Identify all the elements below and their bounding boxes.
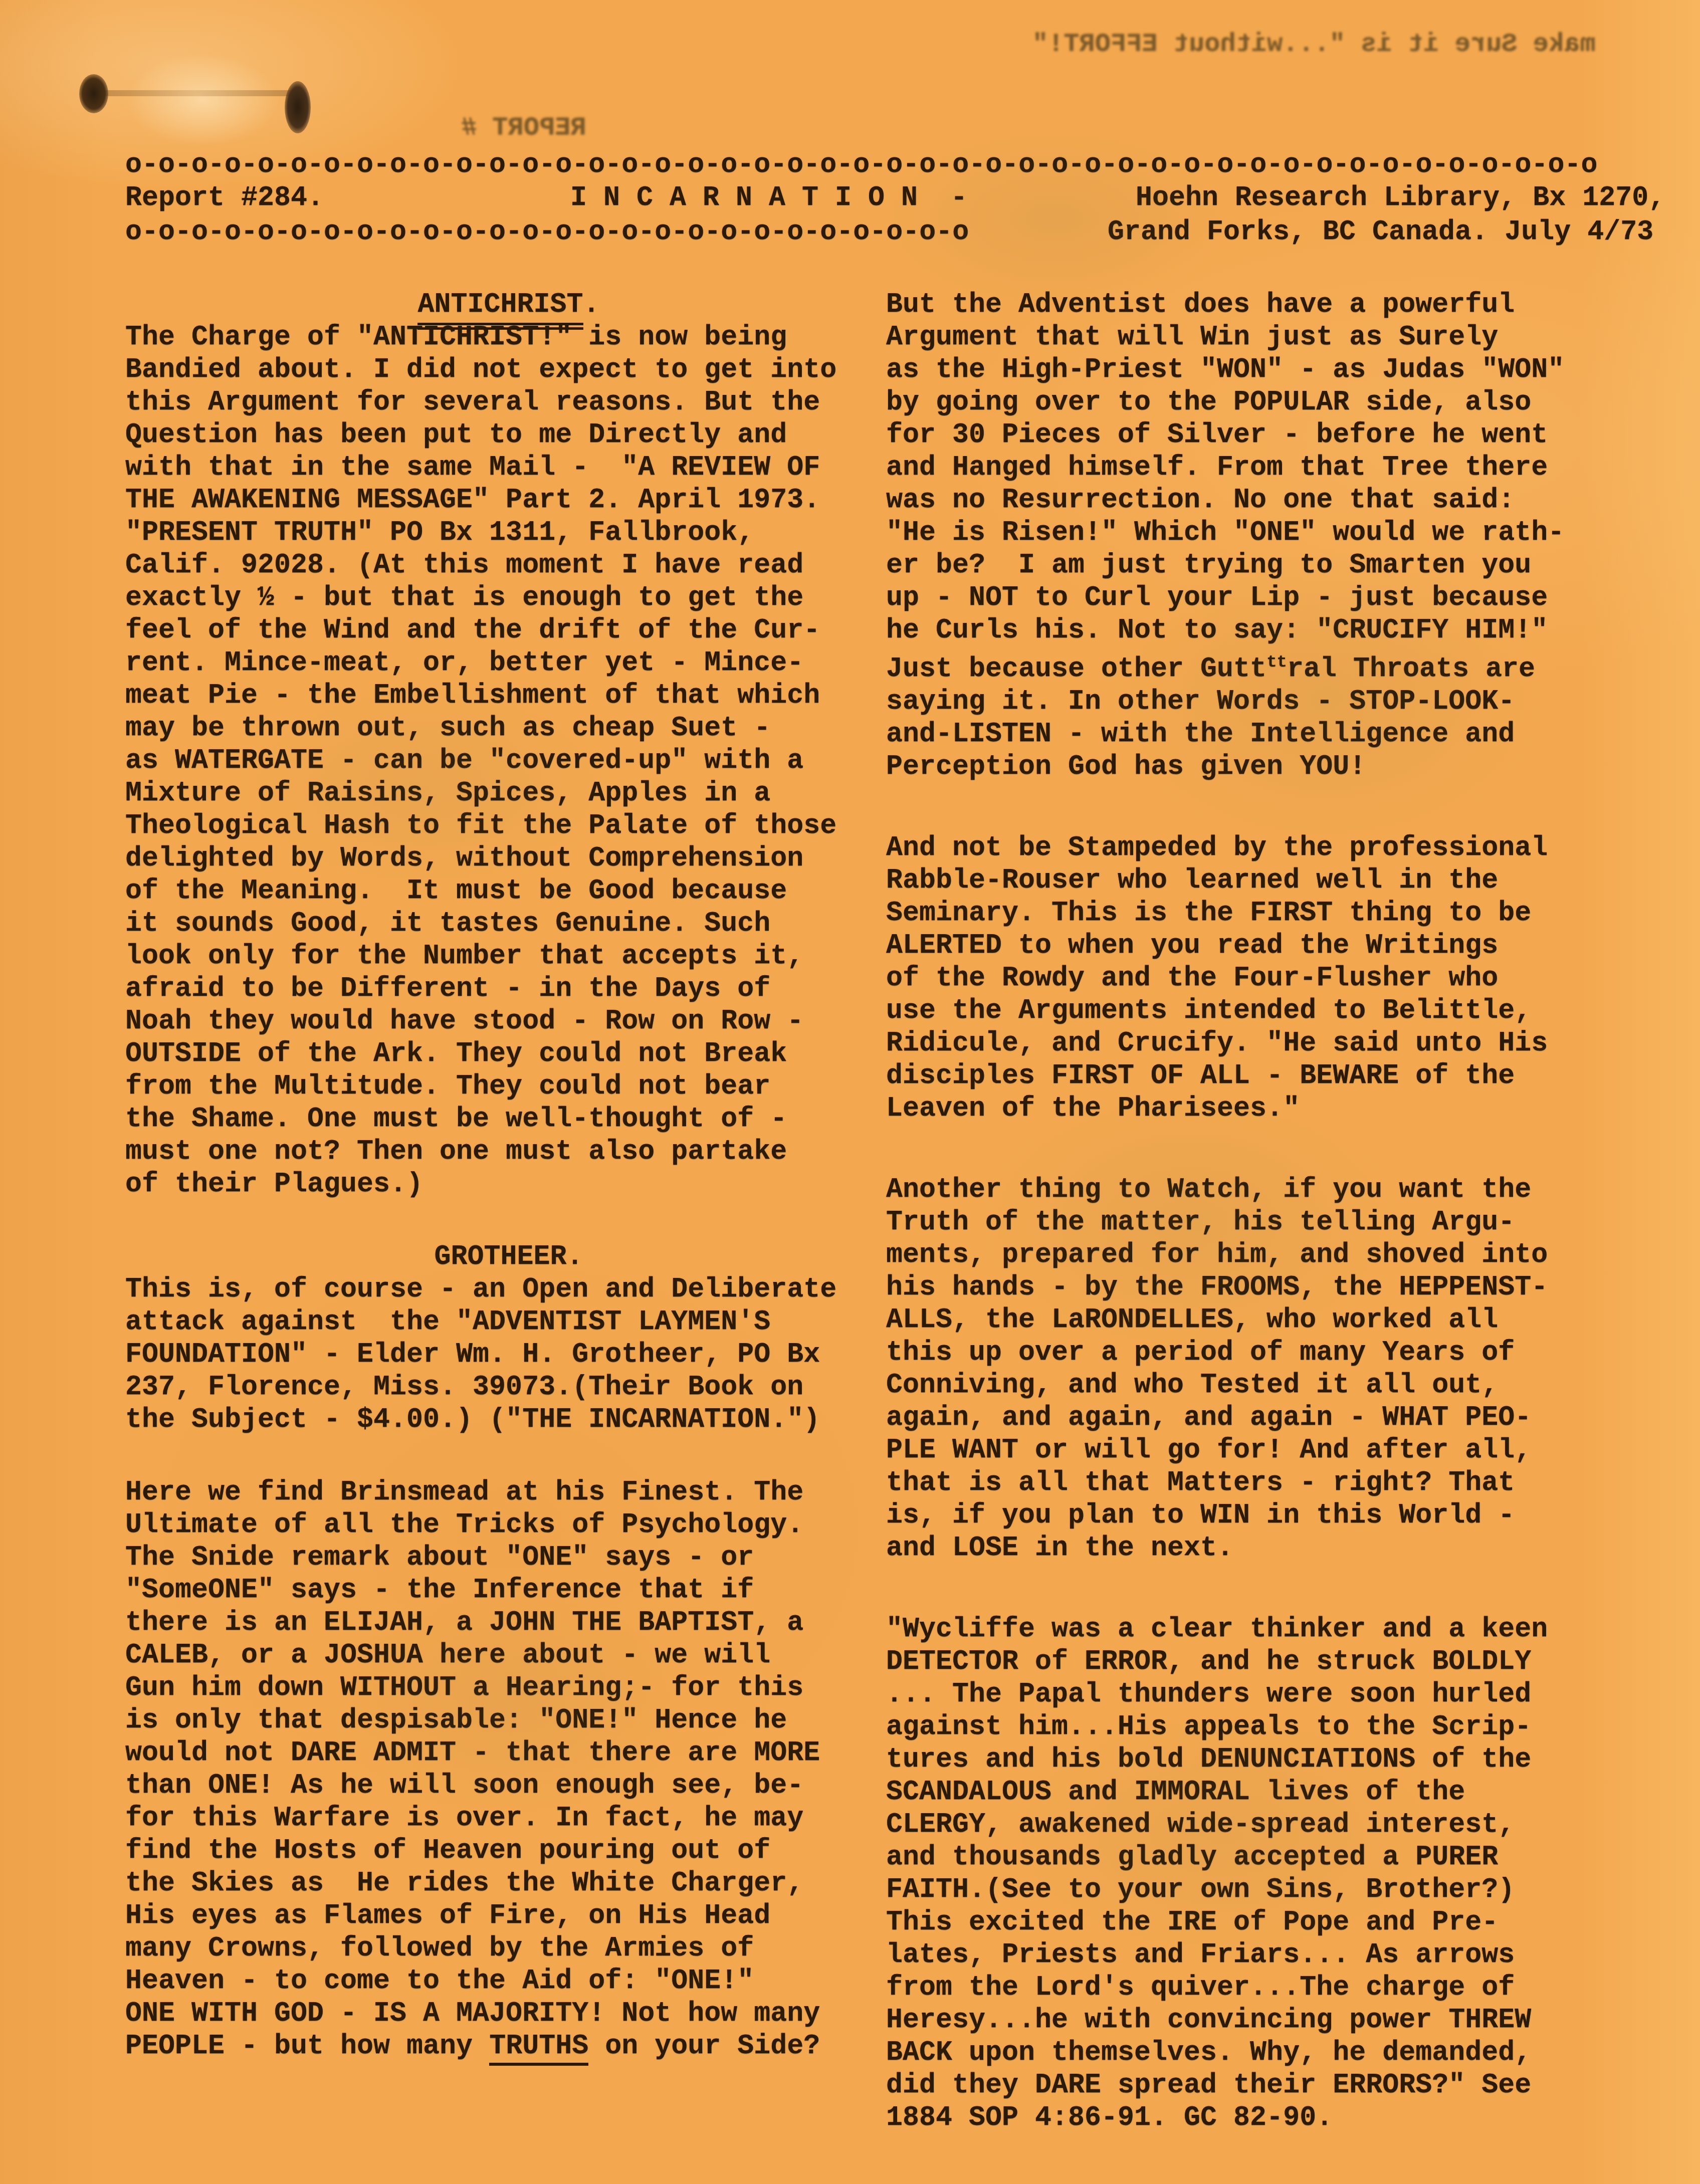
- text-line: against him...His appeals to the Scrip-: [886, 1710, 1653, 1743]
- text-line: was no Resurrection. No one that said:: [886, 484, 1653, 516]
- text-line: This is, of course - an Open and Deliber…: [125, 1273, 892, 1305]
- text-line: find the Hosts of Heaven pouring out of: [125, 1834, 892, 1867]
- text-line: FOUNDATION" - Elder Wm. H. Grotheer, PO …: [125, 1338, 892, 1371]
- paragraph: The Charge of "ANTICHRIST!" is now being…: [125, 321, 892, 1200]
- text-line: that is all that Matters - right? That: [886, 1466, 1653, 1499]
- text-line: 237, Florence, Miss. 39073.(Their Book o…: [125, 1371, 892, 1403]
- paragraph: And not be Stampeded by the professional…: [886, 831, 1653, 1125]
- section-heading: GROTHEER.: [125, 1240, 892, 1273]
- text-line: he Curls his. Not to say: "CRUCIFY HIM!": [886, 614, 1653, 646]
- text-line: Question has been put to me Directly and: [125, 418, 892, 451]
- text-line: Ultimate of all the Tricks of Psychology…: [125, 1508, 892, 1541]
- paragraph: Here we find Brinsmead at his Finest. Th…: [125, 1476, 892, 2062]
- bleed-through-text: make Sure it is "...without EFFORT!": [1032, 29, 1595, 59]
- text-line: FAITH.(See to your own Sins, Brother?): [886, 1873, 1653, 1906]
- text-line: ments, prepared for him, and shoved into: [886, 1238, 1653, 1271]
- text-line: Truth of the matter, his telling Argu-: [886, 1206, 1653, 1238]
- text-line: is, if you plan to WIN in this World -: [886, 1499, 1653, 1532]
- text-line: would not DARE ADMIT - that there are MO…: [125, 1736, 892, 1769]
- text-line: of the Meaning. It must be Good because: [125, 875, 892, 907]
- text-line: from the Lord's quiver...The charge of: [886, 1971, 1653, 2004]
- right-column: But the Adventist does have a powerfulAr…: [886, 288, 1653, 2134]
- text-line: 1884 SOP 4:86-91. GC 82-90.: [886, 2101, 1653, 2134]
- text-line: this up over a period of many Years of: [886, 1336, 1653, 1369]
- text-line: But the Adventist does have a powerful: [886, 288, 1653, 321]
- text-line: meat Pie - the Embellishment of that whi…: [125, 679, 892, 712]
- text-line: SCANDALOUS and IMMORAL lives of the: [886, 1776, 1653, 1808]
- text-line: again, and again, and again - WHAT PEO-: [886, 1401, 1653, 1434]
- text-line: there is an ELIJAH, a JOHN THE BAPTIST, …: [125, 1606, 892, 1639]
- text-line: from the Multitude. They could not bear: [125, 1070, 892, 1103]
- text-line: the Shame. One must be well-thought of -: [125, 1103, 892, 1135]
- text-line: ALERTED to when you read the Writings: [886, 929, 1653, 962]
- text-line: and Hanged himself. From that Tree there: [886, 451, 1653, 484]
- text-line: rent. Mince-meat, or, better yet - Mince…: [125, 646, 892, 679]
- text-line: Mixture of Raisins, Spices, Apples in a: [125, 777, 892, 809]
- text-line: must one not? Then one must also partake: [125, 1135, 892, 1168]
- text-line: Calif. 92028. (At this moment I have rea…: [125, 549, 892, 581]
- text-line: exactly ½ - but that is enough to get th…: [125, 581, 892, 614]
- library-address-line2: Grand Forks, BC Canada. July 4/73: [1108, 215, 1653, 248]
- text-line: this Argument for several reasons. But t…: [125, 386, 892, 418]
- text-line: up - NOT to Curl your Lip - just because: [886, 581, 1653, 614]
- text-line: ... The Papal thunders were soon hurled: [886, 1678, 1653, 1710]
- text-line: and LOSE in the next.: [886, 1532, 1653, 1564]
- newsletter-title: I N C A R N A T I O N -: [570, 181, 967, 214]
- text-line: did they DARE spread their ERRORS?" See: [886, 2069, 1653, 2101]
- text-line: is only that despisable: "ONE!" Hence he: [125, 1704, 892, 1736]
- text-line: the Skies as He rides the White Charger,: [125, 1867, 892, 1899]
- paragraph: Another thing to Watch, if you want theT…: [886, 1173, 1653, 1564]
- text-line: And not be Stampeded by the professional: [886, 831, 1653, 864]
- text-line: it sounds Good, it tastes Genuine. Such: [125, 907, 892, 940]
- text-line: Gun him down WITHOUT a Hearing;- for thi…: [125, 1671, 892, 1704]
- text-line: disciples FIRST OF ALL - BEWARE of the: [886, 1059, 1653, 1092]
- text-line: Heaven - to come to the Aid of: "ONE!": [125, 1964, 892, 1997]
- text-line: "He is Risen!" Which "ONE" would we rath…: [886, 516, 1653, 549]
- text-line: "Wycliffe was a clear thinker and a keen: [886, 1613, 1653, 1645]
- text-line: This excited the IRE of Pope and Pre-: [886, 1906, 1653, 1938]
- text-line: as the High-Priest "WON" - as Judas "WON…: [886, 353, 1653, 386]
- text-line: the Subject - $4.00.) ("THE INCARNATION.…: [125, 1403, 892, 1436]
- paper-crinkle: [120, 50, 286, 150]
- text-line: ALLS, the LaRONDELLES, who worked all: [886, 1303, 1653, 1336]
- text-line: than ONE! As he will soon enough see, be…: [125, 1769, 892, 1802]
- text-line: as WATERGATE - can be "covered-up" with …: [125, 744, 892, 777]
- text-line: for this Warfare is over. In fact, he ma…: [125, 1802, 892, 1834]
- text-line: Conniving, and who Tested it all out,: [886, 1369, 1653, 1401]
- text-line: attack against the "ADVENTIST LAYMEN'S: [125, 1305, 892, 1338]
- paragraph: But the Adventist does have a powerfulAr…: [886, 288, 1653, 783]
- staple-hole-right: [285, 81, 311, 133]
- text-line: CLERGY, awakened wide-spread interest,: [886, 1808, 1653, 1841]
- text-line: Just because other Guttttral Throats are: [886, 646, 1653, 685]
- text-line: Noah they would have stood - Row on Row …: [125, 1005, 892, 1037]
- typed-correction: tt: [1266, 653, 1287, 672]
- text-line: CALEB, or a JOSHUA here about - we will: [125, 1639, 892, 1671]
- text-line: Argument that will Win just as Surely: [886, 321, 1653, 353]
- scanned-document-page: make Sure it is "...without EFFORT!"REPO…: [0, 0, 1700, 2184]
- paragraph-gap: [886, 783, 1653, 831]
- text-line: lates, Priests and Friars... As arrows: [886, 1938, 1653, 1971]
- top-divider: o-o-o-o-o-o-o-o-o-o-o-o-o-o-o-o-o-o-o-o-…: [125, 148, 1597, 181]
- text-line: His eyes as Flames of Fire, on His Head: [125, 1899, 892, 1932]
- text-line: with that in the same Mail - "A REVIEW O…: [125, 451, 892, 484]
- text-line: Heresy...he with convincing power THREW: [886, 2004, 1653, 2036]
- text-line: Another thing to Watch, if you want the: [886, 1173, 1653, 1206]
- text-line: "PRESENT TRUTH" PO Bx 1311, Fallbrook,: [125, 516, 892, 549]
- text-line: for 30 Pieces of Silver - before he went: [886, 418, 1653, 451]
- paragraph-gap: [886, 1125, 1653, 1173]
- left-column: ANTICHRIST.The Charge of "ANTICHRIST!" i…: [125, 288, 892, 2062]
- text-line: "SomeONE" says - the Inference that if: [125, 1574, 892, 1606]
- text-line: Theological Hash to fit the Palate of th…: [125, 809, 892, 842]
- text-line: afraid to be Different - in the Days of: [125, 972, 892, 1005]
- text-line: of the Rowdy and the Four-Flusher who: [886, 962, 1653, 994]
- underlined-text: TRUTHS: [489, 2030, 588, 2066]
- text-line: er be? I am just trying to Smarten you: [886, 549, 1653, 581]
- text-line: OUTSIDE of the Ark. They could not Break: [125, 1037, 892, 1070]
- text-line: of their Plagues.): [125, 1168, 892, 1200]
- report-number: Report #284.: [125, 181, 324, 214]
- text-line: look only for the Number that accepts it…: [125, 940, 892, 972]
- text-line: DETECTOR of ERROR, and he struck BOLDLY: [886, 1645, 1653, 1678]
- staple-mark: [60, 50, 341, 160]
- text-line: ONE WITH GOD - IS A MAJORITY! Not how ma…: [125, 1997, 892, 2030]
- text-line: saying it. In other Words - STOP-LOOK-: [886, 685, 1653, 718]
- paragraph-gap: [125, 1436, 892, 1476]
- paragraph-gap: [125, 1200, 892, 1240]
- staple-crease: [90, 90, 301, 96]
- text-line: many Crowns, followed by the Armies of: [125, 1932, 892, 1964]
- text-line: and-LISTEN - with the Intelligence and: [886, 718, 1653, 750]
- paragraph-gap: [886, 1564, 1653, 1613]
- text-line: THE AWAKENING MESSAGE" Part 2. April 197…: [125, 484, 892, 516]
- text-line: his hands - by the FROOMS, the HEPPENST-: [886, 1271, 1653, 1303]
- bleed-through-text: REPORT #: [461, 113, 586, 143]
- text-line: PEOPLE - but how many TRUTHS on your Sid…: [125, 2030, 892, 2062]
- text-line: Seminary. This is the FIRST thing to be: [886, 897, 1653, 929]
- library-address-line1: Hoehn Research Library, Bx 1270,: [1136, 181, 1665, 214]
- text-line: feel of the Wind and the drift of the Cu…: [125, 614, 892, 646]
- text-line: Bandied about. I did not expect to get i…: [125, 353, 892, 386]
- text-line: BACK upon themselves. Why, he demanded,: [886, 2036, 1653, 2069]
- staple-hole-left: [79, 74, 108, 113]
- text-line: Perception God has given YOU!: [886, 750, 1653, 783]
- text-line: Ridicule, and Crucify. "He said unto His: [886, 1027, 1653, 1059]
- left-divider: o-o-o-o-o-o-o-o-o-o-o-o-o-o-o-o-o-o-o-o-…: [125, 215, 969, 248]
- text-line: The Charge of "ANTICHRIST!" is now being: [125, 321, 892, 353]
- text-line: The Snide remark about "ONE" says - or: [125, 1541, 892, 1574]
- paragraph: "Wycliffe was a clear thinker and a keen…: [886, 1613, 1653, 2134]
- text-line: by going over to the POPULAR side, also: [886, 386, 1653, 418]
- paragraph: This is, of course - an Open and Deliber…: [125, 1273, 892, 1436]
- text-line: and thousands gladly accepted a PURER: [886, 1841, 1653, 1873]
- text-line: Leaven of the Pharisees.": [886, 1092, 1653, 1125]
- text-line: tures and his bold DENUNCIATIONS of the: [886, 1743, 1653, 1776]
- text-line: Rabble-Rouser who learned well in the: [886, 864, 1653, 897]
- text-line: may be thrown out, such as cheap Suet -: [125, 712, 892, 744]
- text-line: Here we find Brinsmead at his Finest. Th…: [125, 1476, 892, 1508]
- text-line: delighted by Words, without Comprehensio…: [125, 842, 892, 875]
- text-line: PLE WANT or will go for! And after all,: [886, 1434, 1653, 1466]
- text-line: use the Arguments intended to Belittle,: [886, 994, 1653, 1027]
- section-heading: ANTICHRIST.: [125, 288, 892, 321]
